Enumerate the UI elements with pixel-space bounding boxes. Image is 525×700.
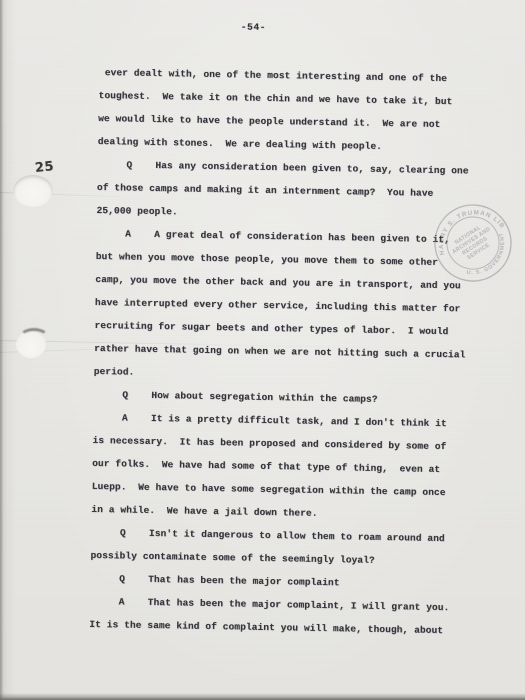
scan-edge-left [0, 0, 3, 700]
scan-edge-bottom [0, 693, 525, 700]
hole-punch-shadow [19, 328, 49, 347]
typed-text-block: -54- ever dealt with, one of the most in… [89, 13, 471, 642]
page-number: -54- [241, 15, 472, 42]
margin-annotation: 25 [34, 159, 55, 176]
typed-lines: ever dealt with, one of the most interes… [89, 61, 470, 642]
hole-punch-top [13, 175, 53, 207]
document-page: 25 -54- ever dealt with, one of the most… [0, 0, 525, 700]
